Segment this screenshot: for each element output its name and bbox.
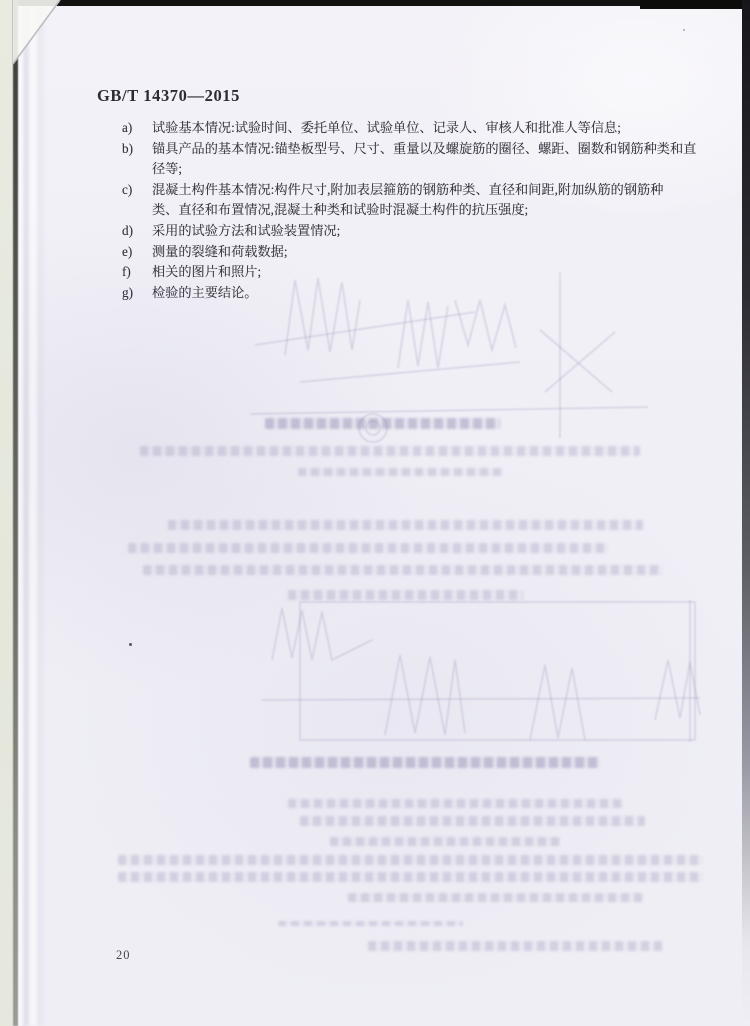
list-item-b: b) 锚具产品的基本情况:锚垫板型号、尺寸、重量以及螺旋筋的圈径、螺距、圈数和钢…	[122, 139, 634, 180]
list-item-letter: e)	[122, 242, 152, 263]
standard-number-header: GB/T 14370—2015	[97, 86, 240, 106]
list-item-text: 类、直径和布置情况,混凝土种类和试验时混凝土构件的抗压强度;	[152, 202, 528, 217]
list-item-letter: g)	[122, 283, 152, 304]
page-number: 20	[116, 948, 131, 963]
printed-content: GB/T 14370—2015 a) 试验基本情况:试验时间、委托单位、试验单位…	[0, 0, 750, 1026]
list-item-text: 混凝土构件基本情况:构件尺寸,附加表层箍筋的钢筋种类、直径和间距,附加纵筋的钢筋…	[152, 182, 663, 197]
list-item-c: c) 混凝土构件基本情况:构件尺寸,附加表层箍筋的钢筋种类、直径和间距,附加纵筋…	[122, 180, 634, 221]
list-item-text: 相关的图片和照片;	[152, 264, 261, 279]
list-item-text: 检验的主要结论。	[152, 285, 258, 300]
list-item-text: 径等;	[152, 161, 182, 176]
list-item-a: a) 试验基本情况:试验时间、委托单位、试验单位、记录人、审核人和批准人等信息;	[122, 118, 634, 139]
list-item-letter: d)	[122, 221, 152, 242]
list-item-text: 测量的裂缝和荷载数据;	[152, 244, 288, 259]
list-item-f: f) 相关的图片和照片;	[122, 262, 634, 283]
list-item-e: e) 测量的裂缝和荷载数据;	[122, 242, 634, 263]
scanned-page: GB/T 14370—2015 a) 试验基本情况:试验时间、委托单位、试验单位…	[0, 0, 750, 1026]
list-item-letter: a)	[122, 118, 152, 139]
list-item-text: 锚具产品的基本情况:锚垫板型号、尺寸、重量以及螺旋筋的圈径、螺距、圈数和钢筋种类…	[152, 141, 696, 156]
list-item-letter: c)	[122, 180, 152, 221]
list-item-g: g) 检验的主要结论。	[122, 283, 634, 304]
list-item-d: d) 采用的试验方法和试验装置情况;	[122, 221, 634, 242]
list-item-text: 采用的试验方法和试验装置情况;	[152, 223, 340, 238]
list-item-letter: b)	[122, 139, 152, 180]
list-item-text: 试验基本情况:试验时间、委托单位、试验单位、记录人、审核人和批准人等信息;	[152, 120, 621, 135]
requirements-list: a) 试验基本情况:试验时间、委托单位、试验单位、记录人、审核人和批准人等信息;…	[122, 118, 634, 303]
list-item-letter: f)	[122, 262, 152, 283]
